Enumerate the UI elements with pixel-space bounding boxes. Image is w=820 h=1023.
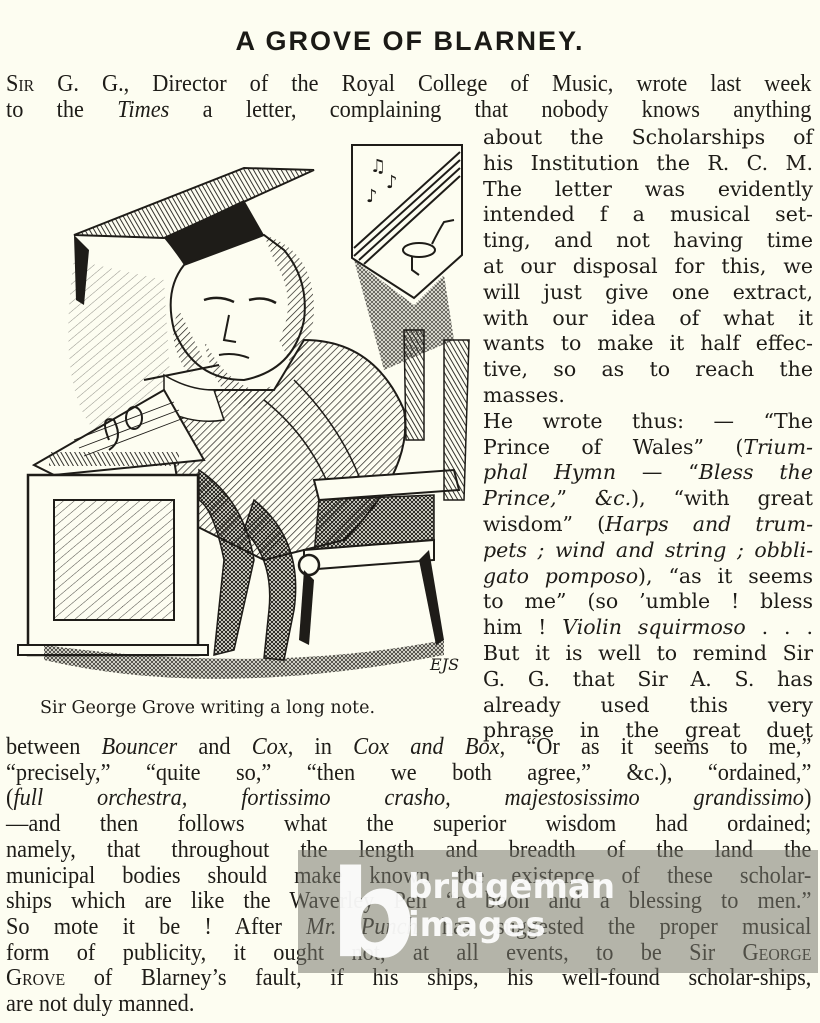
text-run: his Institution the R. C. M. [483, 151, 813, 175]
text-line: at our disposal for this, we [483, 254, 813, 279]
text-line: The letter was evidently [483, 177, 813, 202]
watermark-text: bridgeman images [408, 868, 615, 944]
text-line: —and then follows what the superior wisd… [6, 812, 811, 837]
text-run: masses. [483, 383, 565, 407]
text-run: ), “with great [631, 486, 813, 510]
text-run: gato pomposo [483, 564, 638, 588]
artist-signature: EJS [429, 655, 459, 674]
text-line: tive, so as to reach the [483, 357, 813, 382]
text-run: He wrote thus: — “The [483, 409, 813, 433]
illustration-sir-george-grove: ♫ ♪ ♪ EJS [14, 140, 476, 682]
illustration-caption: Sir George Grove writing a long note. [40, 698, 375, 718]
text-run: But it is well to remind Sir [483, 641, 813, 665]
text-line: about the Scholarships of [483, 125, 813, 150]
text-run: ) [804, 785, 811, 811]
text-run: Grove [6, 965, 65, 991]
text-run: ting, and not having time [483, 228, 813, 252]
text-line: Sir G. G., Director of the Royal College… [6, 72, 811, 97]
text-line: to the Times a letter, complaining that … [6, 98, 811, 123]
text-run: ), “as it seems [638, 564, 813, 588]
text-line: gato pomposo), “as it seems [483, 564, 813, 589]
watermark-line-1: bridgeman [408, 868, 615, 906]
text-run: The letter was evidently [483, 177, 813, 201]
text-run: &c. [595, 486, 631, 510]
text-line: are not duly manned. [6, 992, 811, 1017]
text-run: a letter, complaining that nobody knows … [169, 97, 811, 123]
text-line: wants to make it half effec- [483, 331, 813, 356]
text-run: ” [556, 486, 594, 510]
text-run: G. G., Director of the Royal College of … [34, 71, 811, 97]
text-run: Cox and Box [353, 734, 500, 760]
text-run: about the Scholarships of [483, 125, 813, 149]
text-run: Times [117, 97, 169, 123]
article-title: A GROVE OF BLARNEY. [0, 26, 820, 57]
text-line: masses. [483, 383, 813, 408]
text-line: He wrote thus: — “The [483, 409, 813, 434]
text-line: him ! Violin squirmoso . . . [483, 615, 813, 640]
text-run: So mote it be ! After [6, 914, 306, 940]
text-run: phal Hymn [483, 460, 616, 484]
text-line: Prince of Wales” (Trium- [483, 435, 813, 460]
watermark-line-2: images [408, 906, 615, 944]
text-run: are not duly manned. [6, 991, 194, 1017]
text-line: phal Hymn — “Bless the [483, 460, 813, 485]
text-run: G. G. that Sir A. S. has [483, 667, 813, 691]
text-line: But it is well to remind Sir [483, 641, 813, 666]
text-line: G. G. that Sir A. S. has [483, 667, 813, 692]
watermark-logo-icon: b [330, 866, 416, 966]
text-run: Bouncer [102, 734, 178, 760]
text-run: with our idea of what it [483, 306, 813, 330]
text-run: — “ [616, 460, 699, 484]
text-line: with our idea of what it [483, 306, 813, 331]
text-run: intended f a musical set- [483, 202, 813, 226]
text-run: full orchestra, fortissimo crasho, majes… [13, 785, 804, 811]
text-run: Prince, [483, 486, 556, 510]
text-run: tive, so as to reach the [483, 357, 813, 381]
text-run: will just give one extract, [483, 280, 813, 304]
text-run: pets ; wind and string ; obbli- [483, 538, 813, 562]
text-line: “precisely,” “quite so,” “then we both a… [6, 761, 811, 786]
text-run: wants to make it half effec- [483, 331, 813, 355]
text-run: Cox [252, 734, 288, 760]
text-line: intended f a musical set- [483, 202, 813, 227]
text-run: Violin squirmoso [562, 615, 745, 639]
text-run: Prince of Wales” ( [483, 435, 743, 459]
svg-text:♫: ♫ [370, 156, 386, 177]
svg-text:♪: ♪ [366, 186, 378, 207]
text-run: —and then follows what the superior wisd… [6, 811, 811, 837]
text-line: pets ; wind and string ; obbli- [483, 538, 813, 563]
text-run: and [177, 734, 252, 760]
text-line: already used this very [483, 693, 813, 718]
text-run: ( [6, 785, 13, 811]
text-line: his Institution the R. C. M. [483, 151, 813, 176]
text-line: between Bouncer and Cox, in Cox and Box,… [6, 735, 811, 760]
text-run: him ! [483, 615, 562, 639]
text-run: to the [6, 97, 117, 123]
text-run: , “Or as it seems to me,” [500, 734, 812, 760]
text-run: “precisely,” “quite so,” “then we both a… [6, 760, 811, 786]
text-run: at our disposal for this, we [483, 254, 813, 278]
text-line: will just give one extract, [483, 280, 813, 305]
text-run: already used this very [483, 693, 813, 717]
text-run: wisdom” ( [483, 512, 605, 536]
text-line: Prince,” &c.), “with great [483, 486, 813, 511]
text-line: to me” (so ’umble ! bless [483, 589, 813, 614]
svg-text:♪: ♪ [386, 172, 398, 193]
text-run: between [6, 734, 102, 760]
text-run: . . . [746, 615, 813, 639]
text-run: Bless the [699, 460, 813, 484]
text-run: , in [288, 734, 353, 760]
text-run: Harps and trum- [605, 512, 813, 536]
text-line: (full orchestra, fortissimo crasho, maje… [6, 786, 811, 811]
text-line: wisdom” (Harps and trum- [483, 512, 813, 537]
text-line: ting, and not having time [483, 228, 813, 253]
text-run: Trium- [743, 435, 813, 459]
text-run: to me” (so ’umble ! bless [483, 589, 813, 613]
text-run: Sir [6, 71, 34, 97]
